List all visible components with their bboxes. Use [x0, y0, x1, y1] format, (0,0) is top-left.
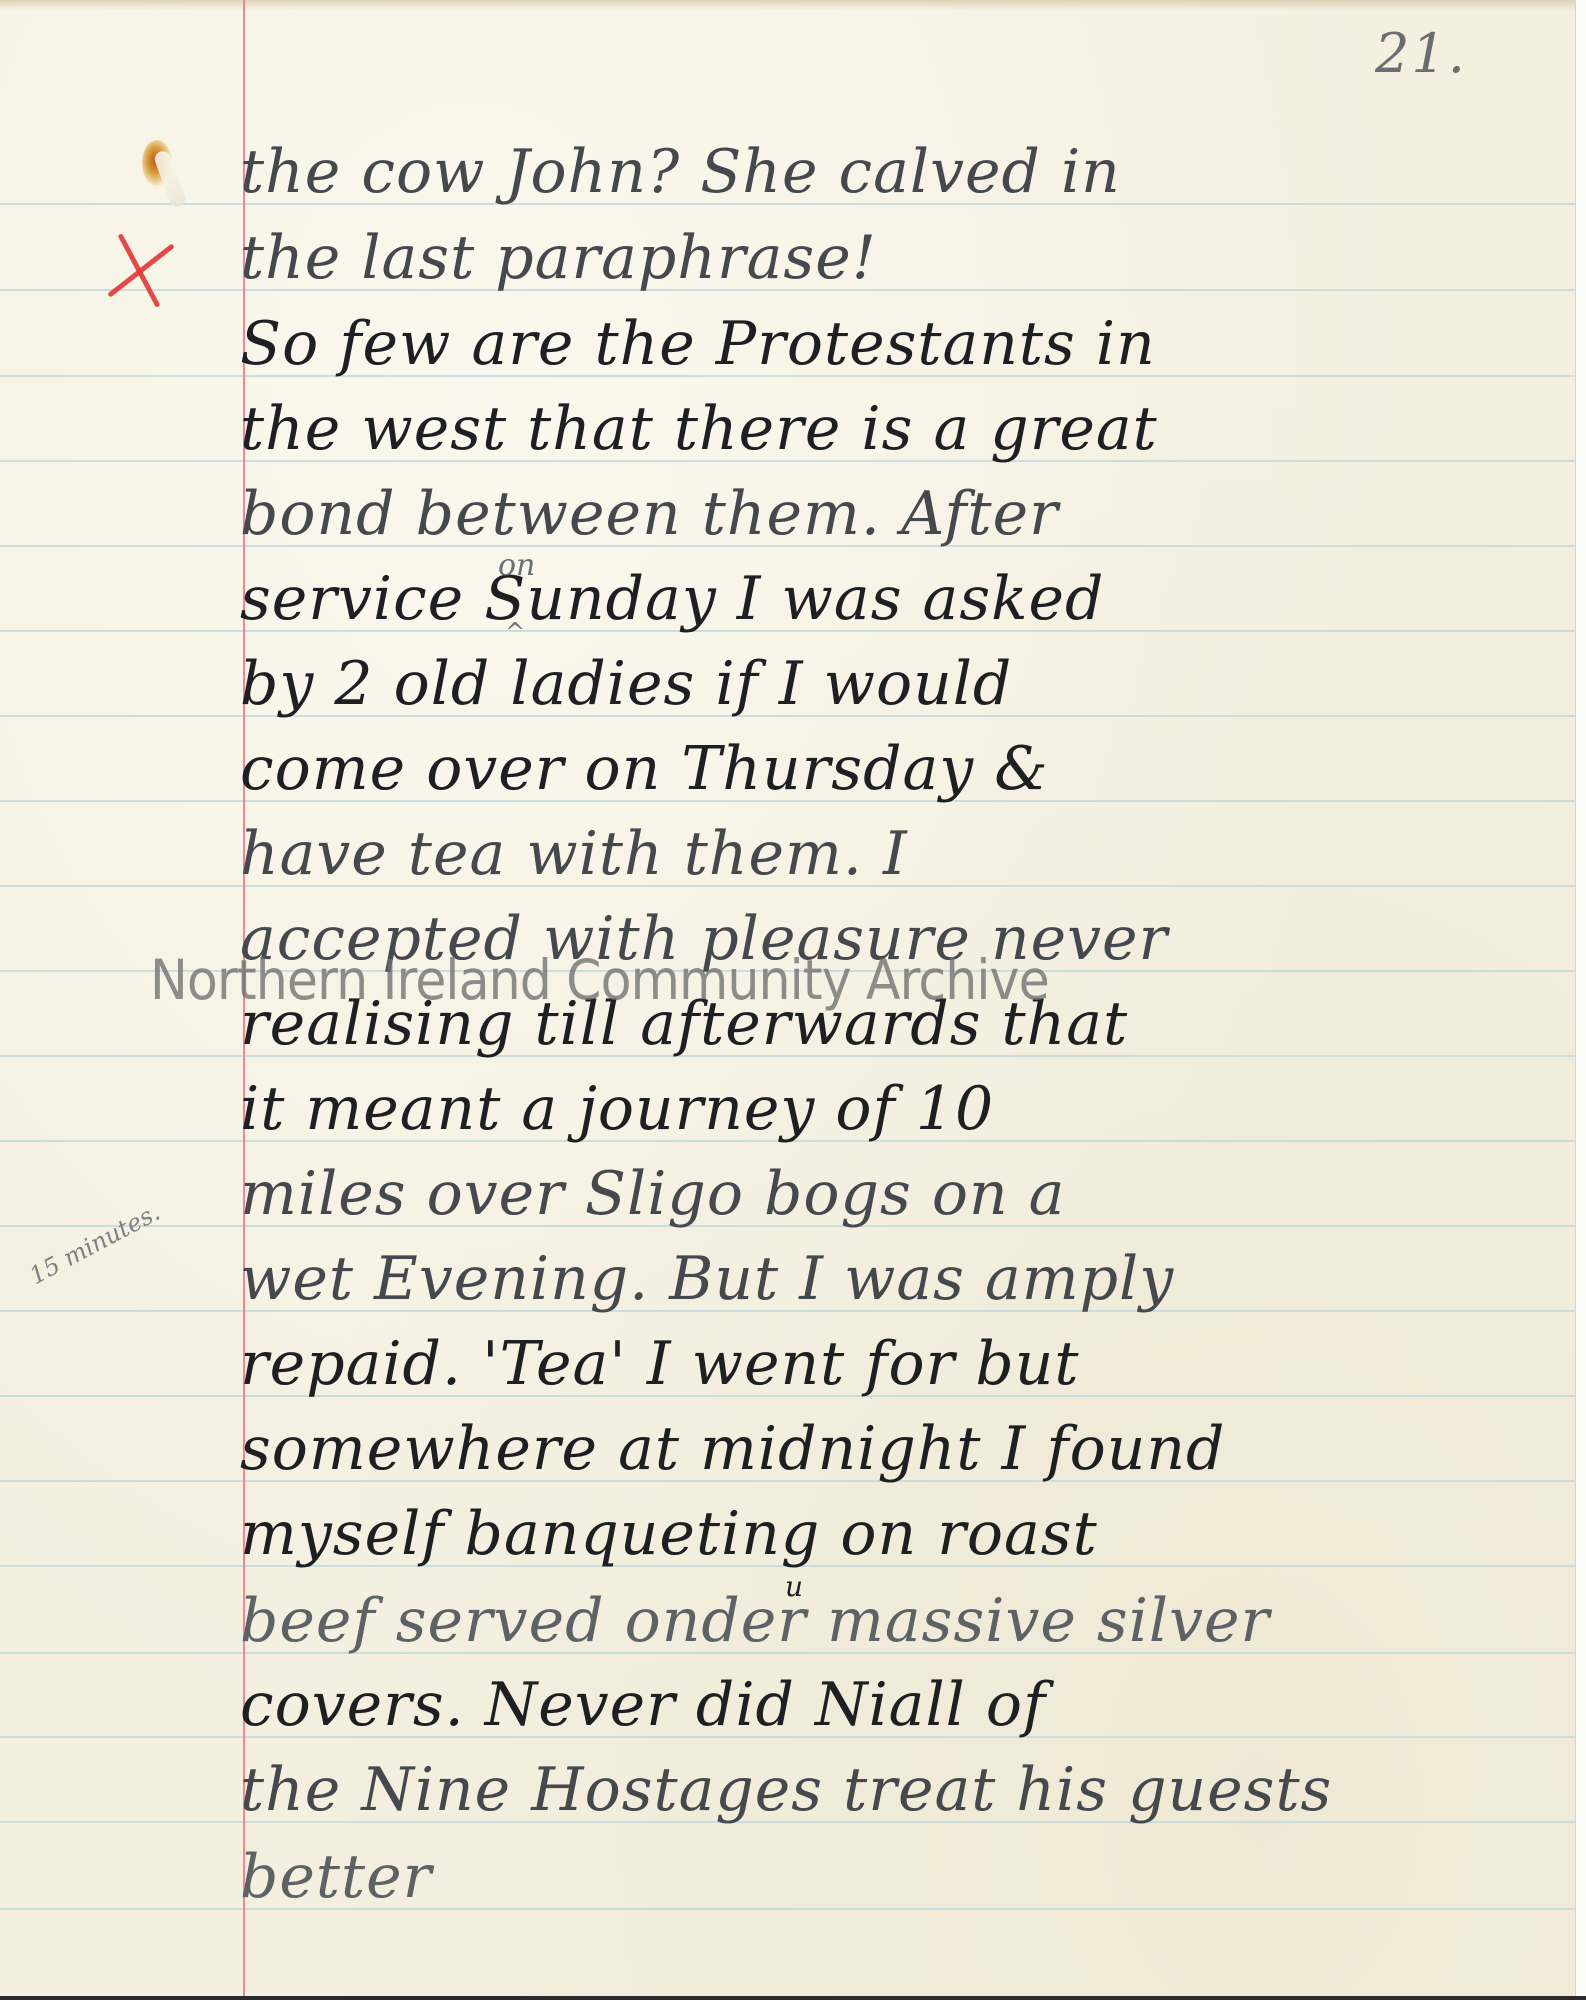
text-line-15: repaid. 'Tea' I went for but	[240, 1334, 1080, 1394]
text-line-7: by 2 old ladies if I would	[240, 654, 1012, 714]
paper-top-edge	[0, 0, 1576, 10]
text-line-13: miles over Sligo bogs on a	[240, 1164, 1065, 1224]
margin-note-15-minutes: 15 minutes.	[25, 1198, 165, 1290]
text-line-17: myself banqueting on roast	[240, 1504, 1098, 1564]
notebook-page: 21. the cow John? She calved in the last…	[0, 0, 1576, 2000]
archive-watermark: Northern Ireland Community Archive	[150, 948, 1049, 1012]
text-line-19: covers. Never did Niall of	[240, 1675, 1046, 1735]
insert-u: u	[785, 1570, 803, 1603]
text-line-8: come over on Thursday &	[240, 739, 1049, 799]
text-line-14: wet Evening. But I was amply	[240, 1249, 1174, 1309]
text-line-5: bond between them. After	[240, 484, 1059, 544]
red-cross-mark-icon	[100, 232, 170, 312]
insert-on: on	[498, 548, 535, 583]
text-line-21: better	[240, 1847, 432, 1907]
text-line-16: somewhere at midnight I found	[240, 1419, 1225, 1479]
text-line-18: beef served onder massive silver	[240, 1591, 1270, 1651]
text-line-4: the west that there is a great	[240, 399, 1158, 459]
paper-right-edge	[1575, 0, 1586, 2000]
insert-caret: ^	[505, 618, 525, 646]
text-line-1: the cow John? She calved in	[240, 142, 1121, 202]
ruled-line	[0, 1908, 1576, 1910]
text-line-20: the Nine Hostages treat his guests	[240, 1760, 1332, 1820]
text-line-6: service Sunday I was asked	[240, 569, 1104, 629]
text-line-9: have tea with them. I	[240, 824, 908, 884]
text-line-3: So few are the Protestants in	[240, 314, 1156, 374]
page-number: 21.	[1375, 22, 1467, 85]
scan-bottom-edge	[0, 1996, 1586, 2000]
text-line-2: the last paraphrase!	[240, 228, 877, 288]
text-line-12: it meant a journey of 10	[240, 1079, 994, 1139]
